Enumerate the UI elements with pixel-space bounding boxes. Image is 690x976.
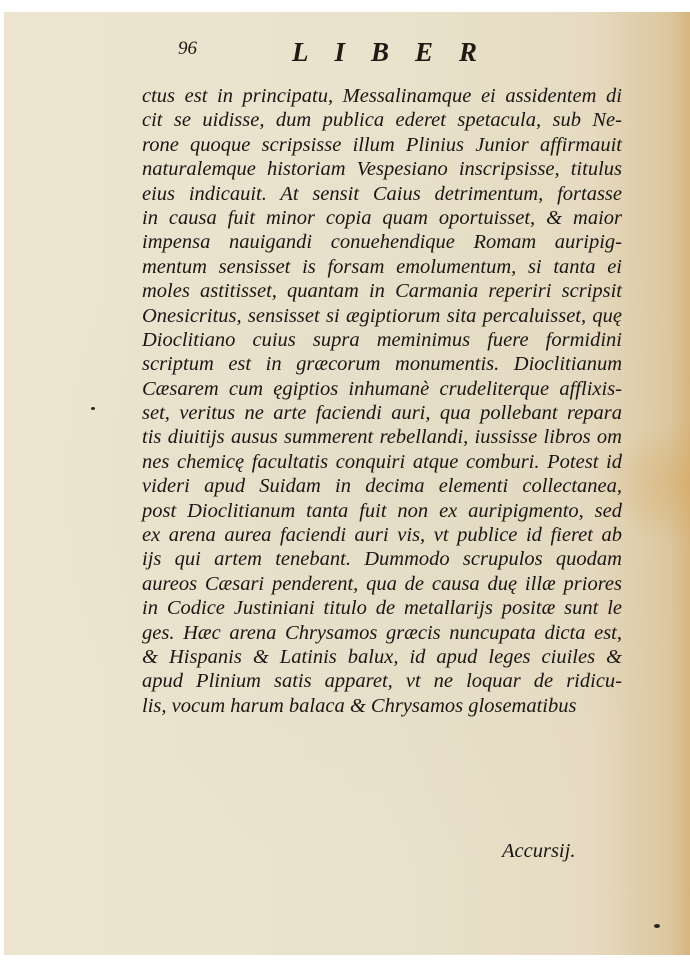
text-line: Cæsarem cum ęgiptios inhumanè crudeliter… [142,377,622,401]
text-line: eius indicauit. At sensit Caius detrimen… [142,182,622,206]
text-line: Dioclitiano cuius supra meminimus fuere … [142,328,622,352]
text-line: ijs qui artem tenebant. Dummodo scrupulo… [142,547,622,571]
body-text: ctus est in principatu, Messalinamque ei… [142,84,622,718]
text-line: moles astitisset, quantam in Carmania re… [142,279,622,303]
text-line: in causa fuit minor copia quam oportuiss… [142,206,622,230]
running-head: 96 LIBER [4,34,690,68]
text-line: rone quoque scripsisse illum Plinius Jun… [142,133,622,157]
text-line: aureos Cæsari penderent, qua de causa du… [142,572,622,596]
page-number: 96 [178,38,197,60]
catchword: Accursij. [502,840,575,863]
text-line: apud Plinium satis apparet, vt ne loquar… [142,669,622,693]
text-line: set, veritus ne arte faciendi auri, qua … [142,401,622,425]
ink-speck [654,924,660,928]
text-line: naturalemque historiam Vespesiano inscri… [142,157,622,181]
text-line: scriptum est in græcorum monumentis. Dio… [142,352,622,376]
text-line: Onesicritus, sensisset si ægiptiorum sit… [142,304,622,328]
text-line: cit se uidisse, dum publica ederet speta… [142,108,622,132]
text-line: & Hispanis & Latinis balux, id apud lege… [142,645,622,669]
text-line: post Dioclitianum tanta fuit non ex auri… [142,499,622,523]
text-line: nes chemicę facultatis conquiri atque co… [142,450,622,474]
text-line: ctus est in principatu, Messalinamque ei… [142,84,622,108]
text-line: mentum sensisset is forsam emolumentum, … [142,255,622,279]
text-line: videri apud Suidam in decima elementi co… [142,474,622,498]
text-line: impensa nauigandi conuehendique Romam au… [142,230,622,254]
text-line: tis diuitijs ausus summerent rebellandi,… [142,425,622,449]
text-line: in Codice Justiniani titulo de metallari… [142,596,622,620]
text-line: lis, vocum harum balaca & Chrysamos glos… [142,694,622,718]
book-page: 96 LIBER ctus est in principatu, Messali… [4,12,690,955]
text-line: ges. Hæc arena Chrysamos græcis nuncupat… [142,621,622,645]
running-title: LIBER [292,37,503,68]
text-line: ex arena aurea faciendi auri vis, vt pub… [142,523,622,547]
ink-speck [91,407,95,410]
